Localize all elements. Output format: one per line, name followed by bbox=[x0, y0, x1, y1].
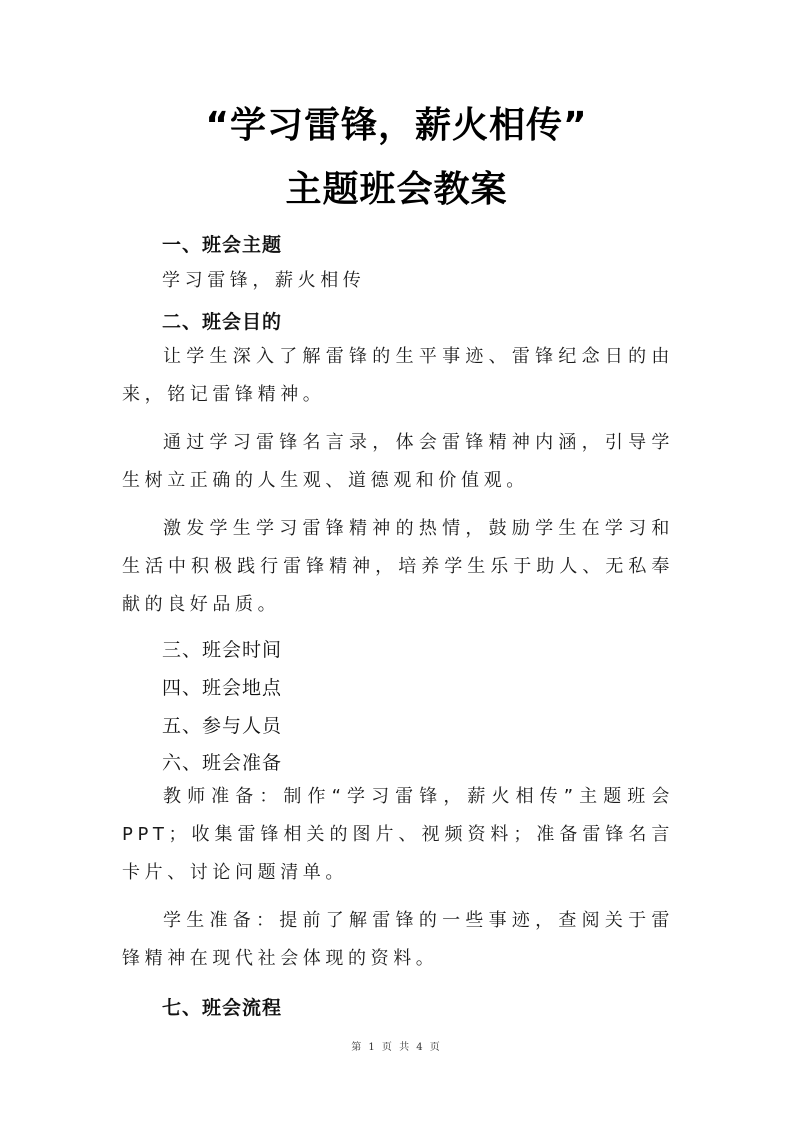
section-heading-location: 四、班会地点 bbox=[162, 675, 282, 701]
document-title-line2: 主题班会教案 bbox=[0, 168, 793, 212]
section-theme-text: 学习雷锋，薪火相传 bbox=[162, 262, 682, 300]
section-heading-purpose: 二、班会目的 bbox=[162, 309, 282, 335]
section-heading-preparation: 六、班会准备 bbox=[162, 750, 282, 776]
purpose-paragraph-1: 让学生深入了解雷锋的生平事迹、雷锋纪念日的由来，铭记雷锋精神。 bbox=[122, 338, 674, 414]
preparation-teacher-paragraph: 教师准备：制作“学习雷锋，薪火相传”主题班会 PPT；收集雷锋相关的图片、视频资… bbox=[122, 778, 674, 892]
section-heading-participants: 五、参与人员 bbox=[162, 713, 282, 739]
page-indicator: 第 1 页 共 4 页 bbox=[0, 1041, 793, 1055]
section-heading-process: 七、班会流程 bbox=[162, 995, 282, 1021]
document-title-line1: “学习雷锋，薪火相传” bbox=[0, 104, 793, 148]
preparation-student-paragraph: 学生准备：提前了解雷锋的一些事迹，查阅关于雷锋精神在现代社会体现的资料。 bbox=[122, 902, 674, 978]
purpose-paragraph-3: 激发学生学习雷锋精神的热情，鼓励学生在学习和生活中积极践行雷锋精神，培养学生乐于… bbox=[122, 510, 674, 624]
section-heading-time: 三、班会时间 bbox=[162, 637, 282, 663]
document-page: “学习雷锋，薪火相传” 主题班会教案 一、班会主题 学习雷锋，薪火相传 二、班会… bbox=[0, 0, 793, 1122]
section-heading-theme: 一、班会主题 bbox=[162, 232, 282, 258]
purpose-paragraph-2: 通过学习雷锋名言录，体会雷锋精神内涵，引导学生树立正确的人生观、道德观和价值观。 bbox=[122, 424, 674, 500]
